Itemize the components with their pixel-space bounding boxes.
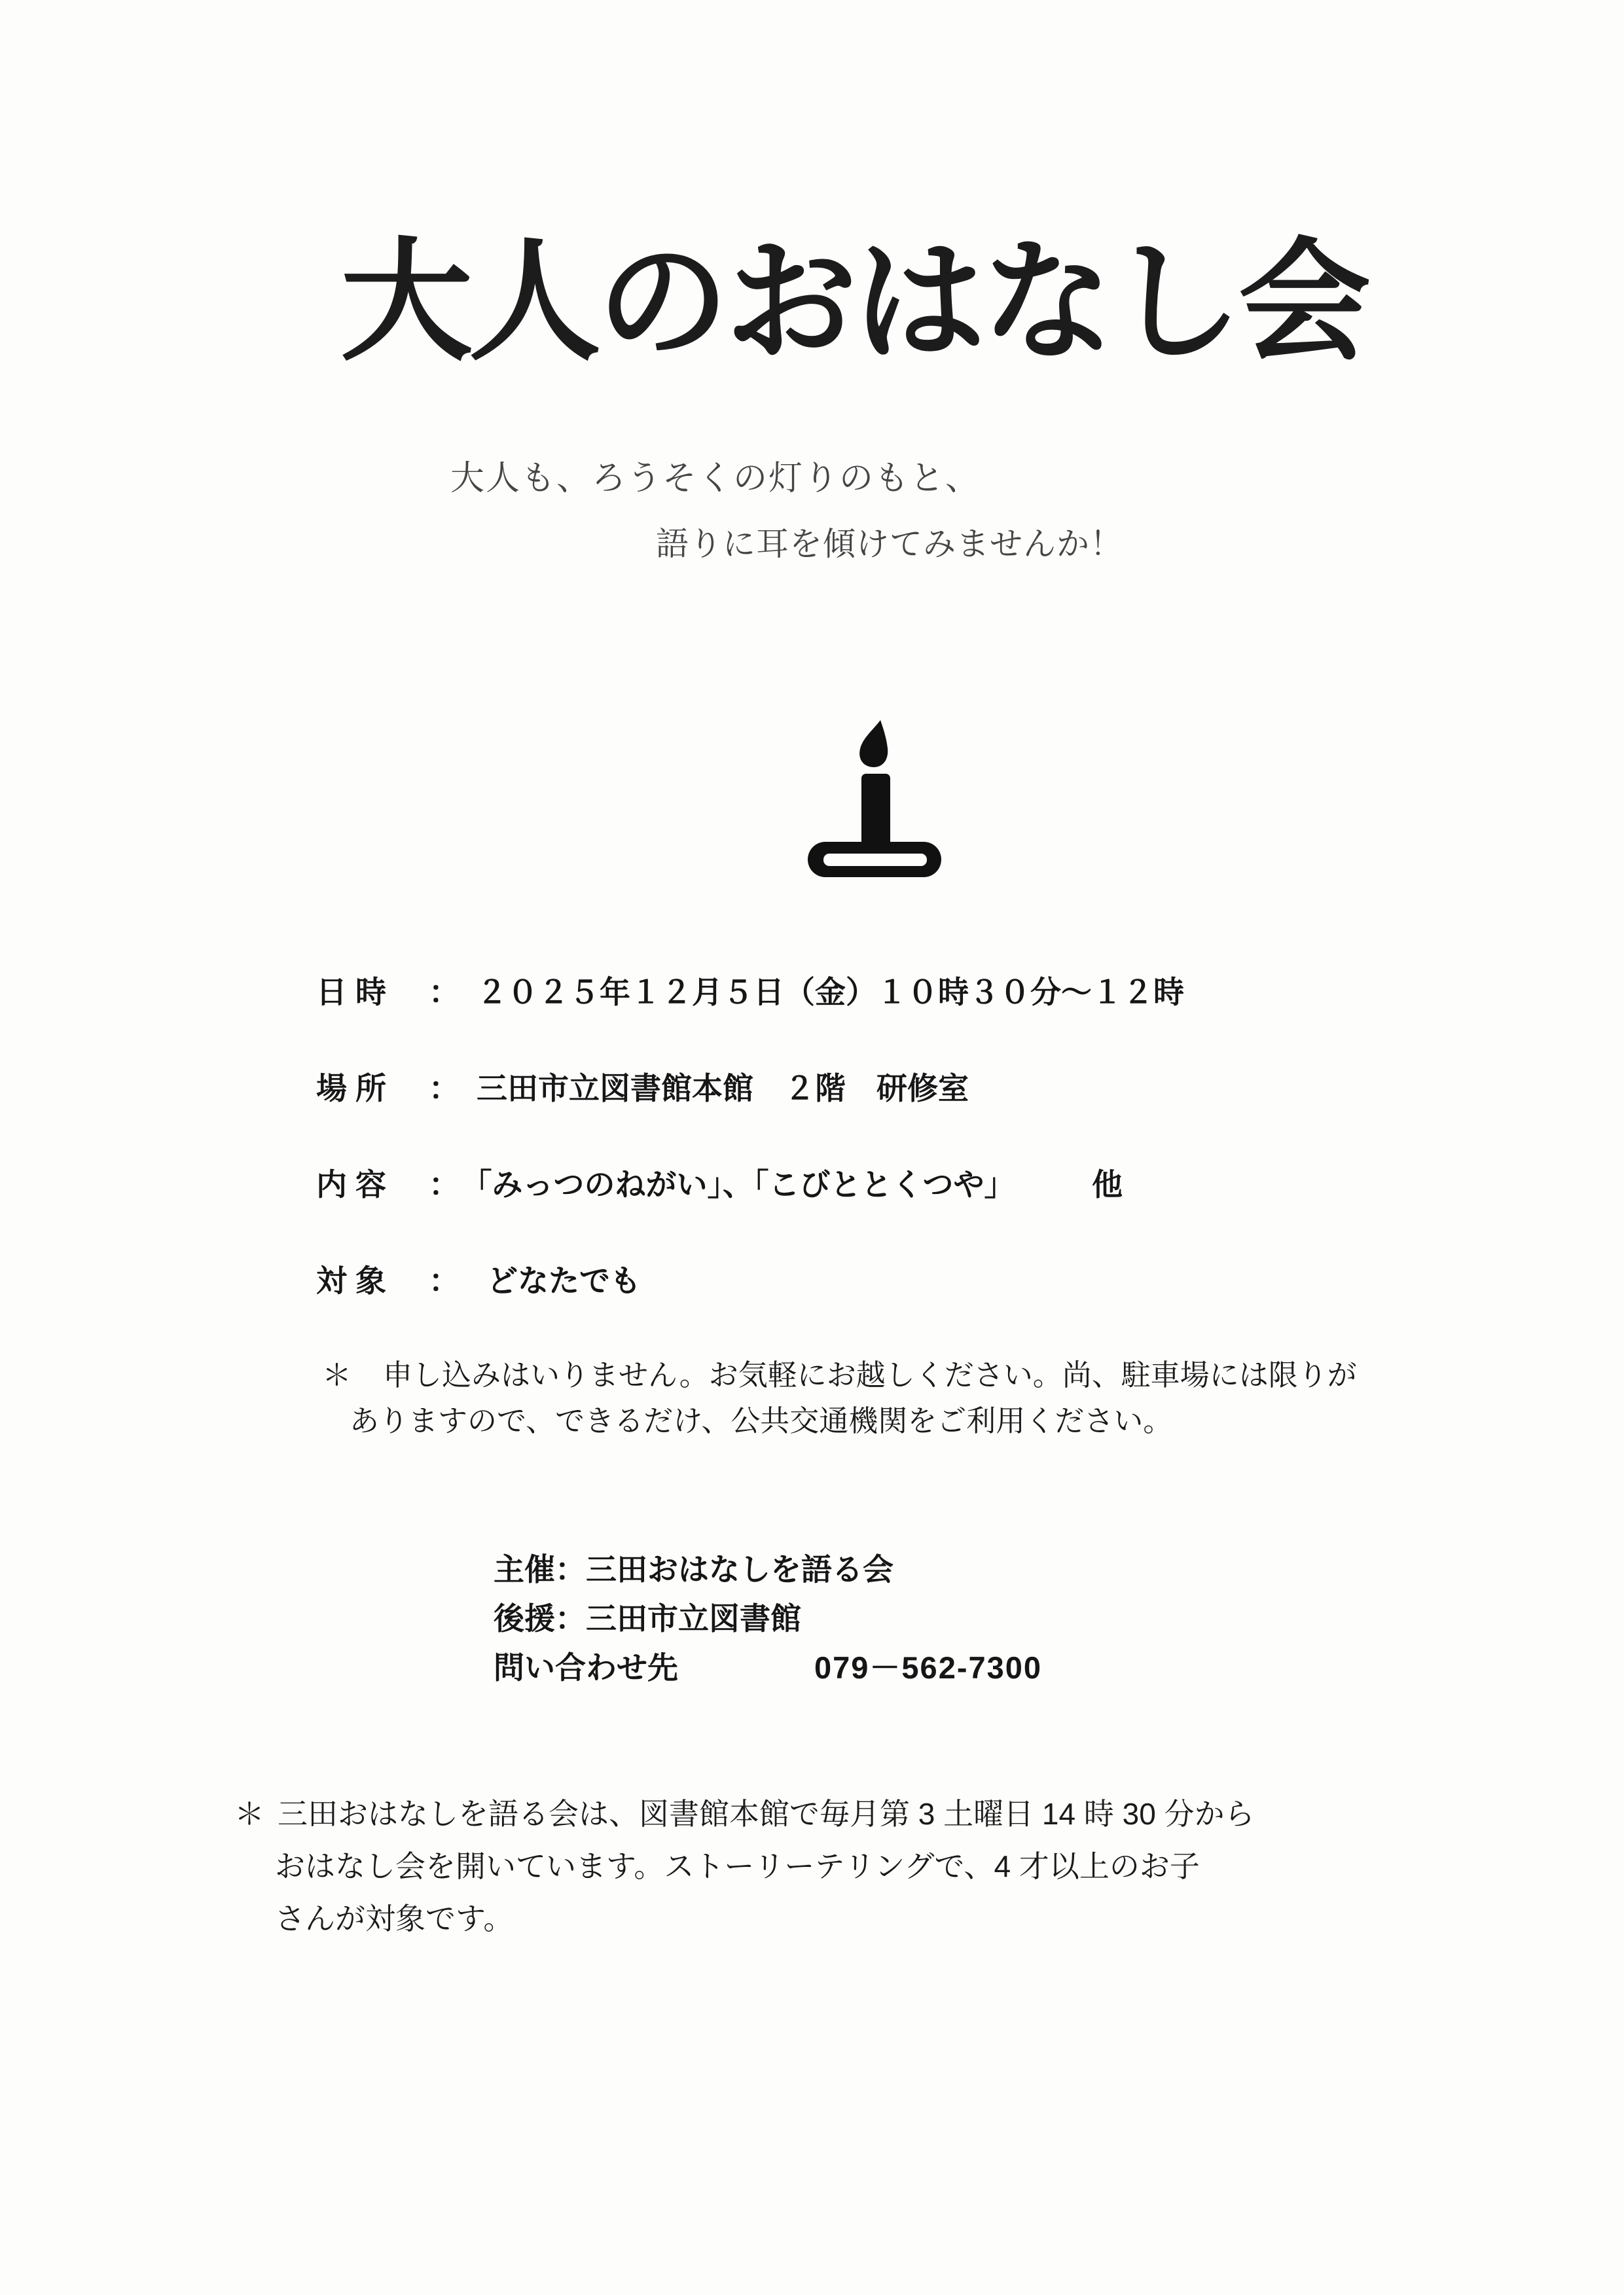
info-label-datetime: 日 時	[316, 977, 429, 1007]
candle-icon	[806, 716, 943, 878]
asterisk-marker: ＊	[322, 1358, 352, 1392]
candle-holder-slot	[823, 854, 927, 866]
organizer-contact: 問い合わせ先079－562-7300	[494, 1652, 1042, 1683]
info-value-place: 三田市立図書館本館 ２階 研修室	[477, 1071, 969, 1106]
footer-note-line-3: さんが対象です。	[275, 1904, 513, 1934]
info-label-content: 内 容	[316, 1169, 429, 1200]
application-note-line-2: ありますので、できるだけ、公共交通機関をご利用ください。	[350, 1406, 1172, 1436]
application-note-text-2: ありますので、できるだけ、公共交通機関をご利用ください。	[350, 1404, 1172, 1437]
asterisk-marker: ＊	[234, 1797, 264, 1831]
footer-note-text-1: 三田おはなしを語る会は、図書館本館で毎月第 3 土曜日 14 時 30 分から	[278, 1797, 1255, 1831]
application-note-line-1: ＊申し込みはいりません。お気軽にお越しください。尚、駐車場には限りが	[322, 1360, 1357, 1390]
info-row-audience: 対 象：どなたでも	[316, 1265, 641, 1296]
info-row-place: 場 所：三田市立図書館本館 ２階 研修室	[316, 1073, 969, 1104]
info-colon: ：	[429, 1263, 460, 1298]
info-value-content: 「みっつのねがい」、「こびととくつや」 他	[477, 1167, 1123, 1202]
footer-note-line-2: おはなし会を開いています。ストーリーテリングで、4 才以上のお子	[275, 1851, 1200, 1881]
page-title: 大人のおはなし会	[340, 236, 1367, 368]
footer-note-line-1: ＊三田おはなしを語る会は、図書館本館で毎月第 3 土曜日 14 時 30 分から	[234, 1799, 1255, 1829]
organizer-support: 後援：三田市立図書館	[494, 1603, 801, 1634]
info-value-audience: どなたでも	[487, 1263, 641, 1298]
info-value-datetime: ２０２５年１２月５日（金）１０時３０分～１２時	[477, 975, 1184, 1009]
info-colon: ：	[429, 975, 460, 1009]
info-colon: ：	[429, 1167, 460, 1202]
info-label-audience: 対 象	[316, 1265, 429, 1296]
organizer-host: 主催：三田おはなしを語る会	[494, 1554, 893, 1585]
contact-phone-number: 079－562-7300	[814, 1650, 1042, 1685]
flyer-page: 大人のおはなし会 大人も、ろうそくの灯りのもと、 語りに耳を傾けてみませんか！ …	[0, 0, 1624, 2295]
info-colon: ：	[429, 1071, 460, 1106]
contact-label: 問い合わせ先	[494, 1650, 678, 1685]
candle-flame	[859, 720, 888, 767]
info-label-place: 場 所	[316, 1073, 429, 1104]
application-note-text-1: 申し込みはいりません。お気軽にお越しください。尚、駐車場には限りが	[383, 1358, 1357, 1392]
subtitle-line-1: 大人も、ろうそくの灯りのもと、	[450, 462, 981, 496]
info-row-content: 内 容：「みっつのねがい」、「こびととくつや」 他	[316, 1169, 1123, 1200]
subtitle-line-2: 語りに耳を傾けてみませんか！	[656, 528, 1123, 560]
info-row-datetime: 日 時：２０２５年１２月５日（金）１０時３０分～１２時	[316, 977, 1184, 1007]
